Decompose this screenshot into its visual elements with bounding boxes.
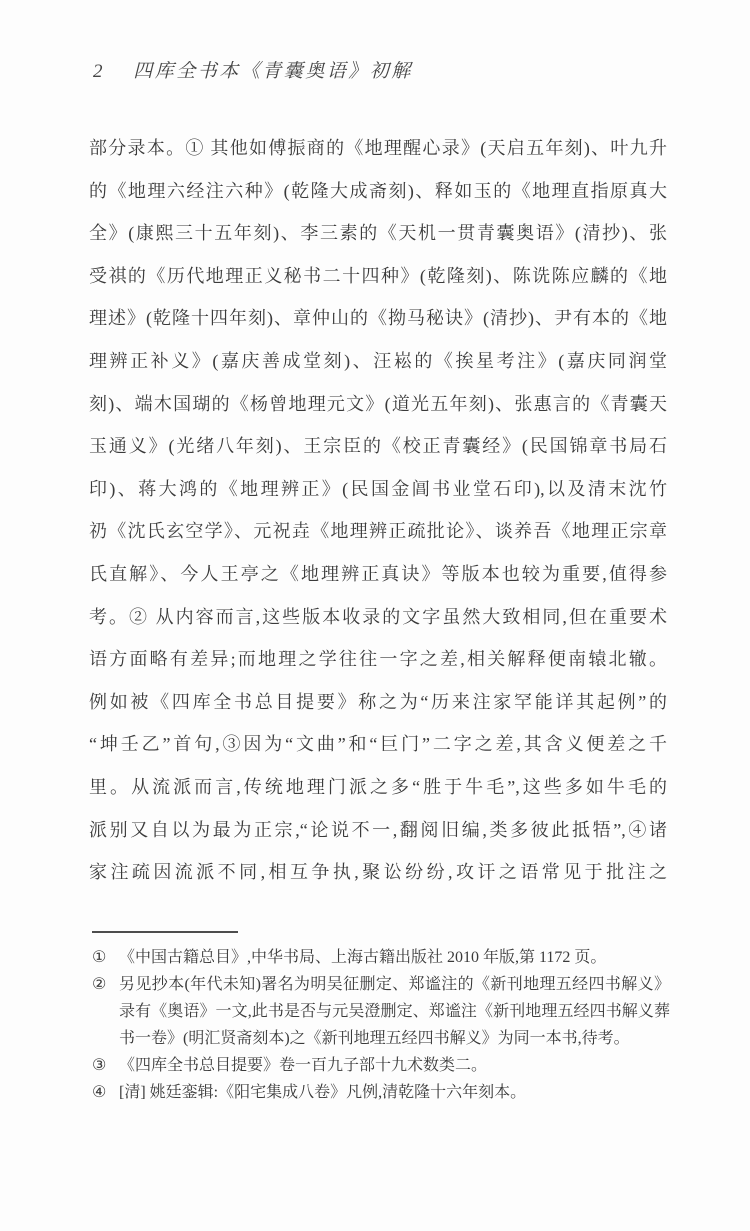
body-line: 玉通义》(光绪八年刻)、王宗臣的《校正青囊经》(民国锦章书局石 (89, 425, 667, 468)
page-header: 2 四库全书本《青囊奥语》初解 (93, 56, 413, 83)
footnote-item: ④ [清] 姚廷銮辑:《阳宅集成八卷》凡例,清乾隆十六年刻本。 (92, 1079, 670, 1106)
body-line: 例如被《四库全书总目提要》称之为“历来注家罕能详其起例”的 (89, 681, 667, 724)
footnote-text: 《四库全书总目提要》卷一百九子部十九术数类二。 (119, 1052, 670, 1079)
body-line: 语方面略有差异;而地理之学往往一字之差,相关解释便南辕北辙。 (89, 638, 667, 681)
body-line: 受祺的《历代地理正义秘书二十四种》(乾隆刻)、陈诜陈应麟的《地 (89, 255, 667, 298)
body-line: 理辨正补义》(嘉庆善成堂刻)、汪崧的《挨星考注》(嘉庆同润堂 (89, 340, 667, 383)
body-line: 全》(康熙三十五年刻)、李三素的《天机一贯青囊奥语》(清抄)、张 (89, 212, 667, 255)
footnote-marker: ① (92, 944, 119, 971)
footnote-item: ① 《中国古籍总目》,中华书局、上海古籍出版社 2010 年版,第 1172 页… (92, 944, 670, 971)
page-number: 2 (93, 61, 103, 83)
body-line: 派别又自以为最为正宗,“论说不一,翻阅旧编,类多彼此抵牾”,④诸 (89, 809, 667, 852)
book-page: 2 四库全书本《青囊奥语》初解 部分录本。① 其他如傅振商的《地理醒心录》(天启… (0, 0, 750, 1231)
body-line: 里。从流派而言,传统地理门派之多“胜于牛毛”,这些多如牛毛的 (89, 766, 667, 809)
body-text: 部分录本。① 其他如傅振商的《地理醒心录》(天启五年刻)、叶九升 的《地理六经注… (89, 127, 667, 894)
footnote-text: 《中国古籍总目》,中华书局、上海古籍出版社 2010 年版,第 1172 页。 (119, 944, 670, 971)
running-head: 四库全书本《青囊奥语》初解 (133, 61, 413, 82)
body-line: 礽《沈氏玄空学》、元祝垚《地理辨正疏批论》、谈养吾《地理正宗章 (89, 510, 667, 553)
footnote-separator-rule (92, 931, 238, 933)
footnote-item: ③ 《四库全书总目提要》卷一百九子部十九术数类二。 (92, 1052, 670, 1079)
body-line: 理述》(乾隆十四年刻)、章仲山的《拗马秘诀》(清抄)、尹有本的《地 (89, 297, 667, 340)
footnote-item: ② 另见抄本(年代未知)署名为明吴征删定、郑谧注的《新刊地理五经四书解义》录有《… (92, 971, 670, 1052)
footnotes: ① 《中国古籍总目》,中华书局、上海古籍出版社 2010 年版,第 1172 页… (92, 944, 670, 1106)
body-line: 氏直解》、今人王亭之《地理辨正真诀》等版本也较为重要,值得参 (89, 553, 667, 596)
body-line: 的《地理六经注六种》(乾隆大成斋刻)、释如玉的《地理直指原真大 (89, 170, 667, 213)
body-line: “坤壬乙”首句,③因为“文曲”和“巨门”二字之差,其含义便差之千 (89, 723, 667, 766)
body-line: 刻)、端木国瑚的《杨曾地理元文》(道光五年刻)、张惠言的《青囊天 (89, 383, 667, 426)
body-line: 部分录本。① 其他如傅振商的《地理醒心录》(天启五年刻)、叶九升 (89, 127, 667, 170)
footnote-text: 另见抄本(年代未知)署名为明吴征删定、郑谧注的《新刊地理五经四书解义》录有《奥语… (119, 971, 670, 1052)
body-line: 印)、蒋大鸿的《地理辨正》(民国金阊书业堂石印),以及清末沈竹 (89, 468, 667, 511)
footnote-marker: ② (92, 971, 119, 998)
body-line: 家注疏因流派不同,相互争执,聚讼纷纷,攻讦之语常见于批注之 (89, 851, 667, 894)
body-line: 考。② 从内容而言,这些版本收录的文字虽然大致相同,但在重要术 (89, 596, 667, 639)
footnote-marker: ③ (92, 1052, 119, 1079)
footnote-marker: ④ (92, 1079, 119, 1106)
footnote-text: [清] 姚廷銮辑:《阳宅集成八卷》凡例,清乾隆十六年刻本。 (119, 1079, 670, 1106)
